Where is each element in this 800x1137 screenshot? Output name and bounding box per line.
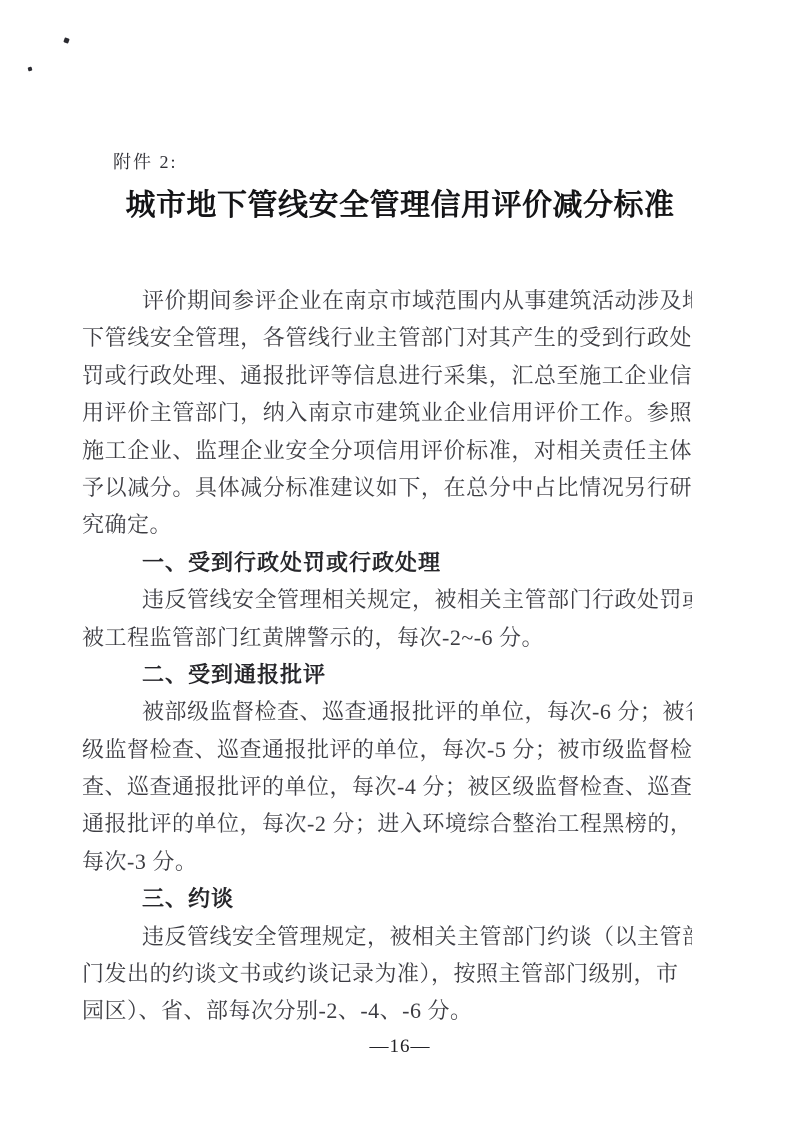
page-number: —16— xyxy=(0,1036,800,1058)
body-line: 通报批评的单位，每次-2 分；进入环境综合整治工程黑榜的， xyxy=(82,805,692,842)
document-page: 附件 2: 城市地下管线安全管理信用评价减分标准 评价期间参评企业在南京市域范围… xyxy=(0,0,800,1137)
body-line: 予以减分。具体减分标准建议如下，在总分中占比情况另行研 xyxy=(82,469,692,506)
section-heading: 二、受到通报批评 xyxy=(82,656,692,693)
body-line: 园区）、省、部每次分别-2、-4、-6 分。 xyxy=(82,992,692,1029)
scan-speck xyxy=(63,37,69,43)
body-line: 被工程监管部门红黄牌警示的，每次-2~-6 分。 xyxy=(82,619,692,656)
body-line: 下管线安全管理，各管线行业主管部门对其产生的受到行政处 xyxy=(82,319,692,356)
body-line: 每次-3 分。 xyxy=(82,843,692,880)
body-line: 门发出的约谈文书或约谈记录为准），按照主管部门级别，市（区、 xyxy=(82,955,692,992)
doc-title: 城市地下管线安全管理信用评价减分标准 xyxy=(0,180,800,224)
body-line: 用评价主管部门，纳入南京市建筑业企业信用评价工作。参照 xyxy=(82,394,692,431)
section-heading: 一、受到行政处罚或行政处理 xyxy=(82,544,692,581)
scan-speck xyxy=(28,67,33,72)
document-body: 评价期间参评企业在南京市域范围内从事建筑活动涉及地下管线安全管理，各管线行业主管… xyxy=(82,282,692,1030)
body-line: 施工企业、监理企业安全分项信用评价标准，对相关责任主体 xyxy=(82,432,692,469)
body-line: 违反管线安全管理相关规定，被相关主管部门行政处罚或 xyxy=(82,581,692,618)
body-line: 罚或行政处理、通报批评等信息进行采集，汇总至施工企业信 xyxy=(82,357,692,394)
body-line: 评价期间参评企业在南京市域范围内从事建筑活动涉及地 xyxy=(82,282,692,319)
body-line: 被部级监督检查、巡查通报批评的单位，每次-6 分；被省 xyxy=(82,693,692,730)
body-line: 究确定。 xyxy=(82,506,692,543)
attachment-label: 附件 2: xyxy=(113,148,178,174)
section-heading: 三、约谈 xyxy=(82,880,692,917)
body-line: 级监督检查、巡查通报批评的单位，每次-5 分；被市级监督检 xyxy=(82,731,692,768)
body-line: 违反管线安全管理规定，被相关主管部门约谈（以主管部 xyxy=(82,918,692,955)
body-line: 查、巡查通报批评的单位，每次-4 分；被区级监督检查、巡查 xyxy=(82,768,692,805)
